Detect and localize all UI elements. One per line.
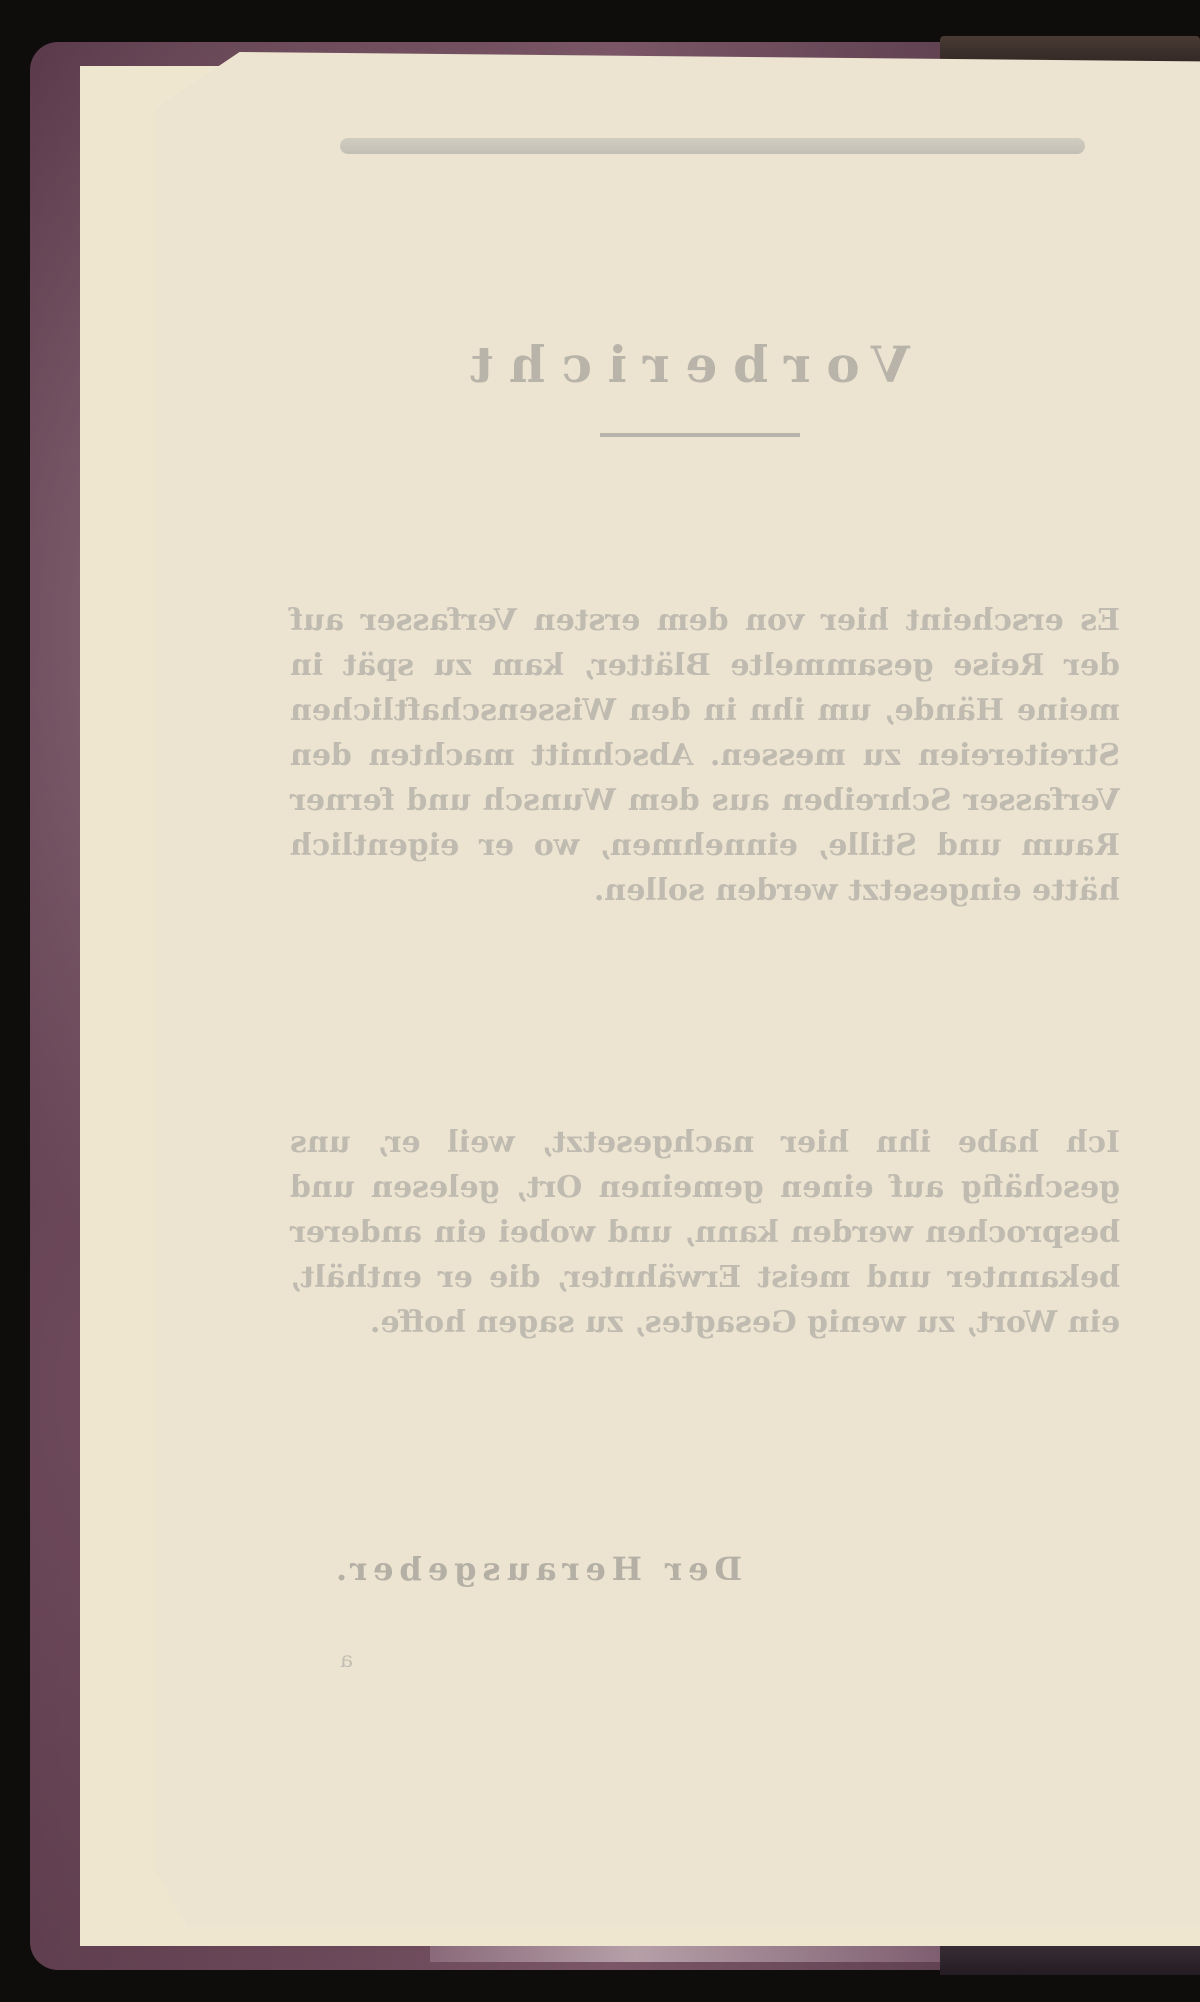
- book-page: [156, 52, 1200, 1927]
- decorative-header-rule: [340, 138, 1085, 154]
- marbled-edge-bottom: [430, 1944, 942, 1962]
- leather-spine-bottom: [940, 1945, 1200, 1975]
- page-signature-mark: a: [340, 1648, 353, 1673]
- paragraph-1: Es erscheint hier von dem ersten Verfass…: [290, 598, 1120, 913]
- signature: Der Herausgeber.: [330, 1550, 742, 1588]
- heading-underline: [600, 433, 800, 437]
- page-heading: Vorbericht: [520, 335, 910, 394]
- paragraph-2: Ich habe ihn hier nachgesetzt, weil er, …: [290, 1120, 1120, 1345]
